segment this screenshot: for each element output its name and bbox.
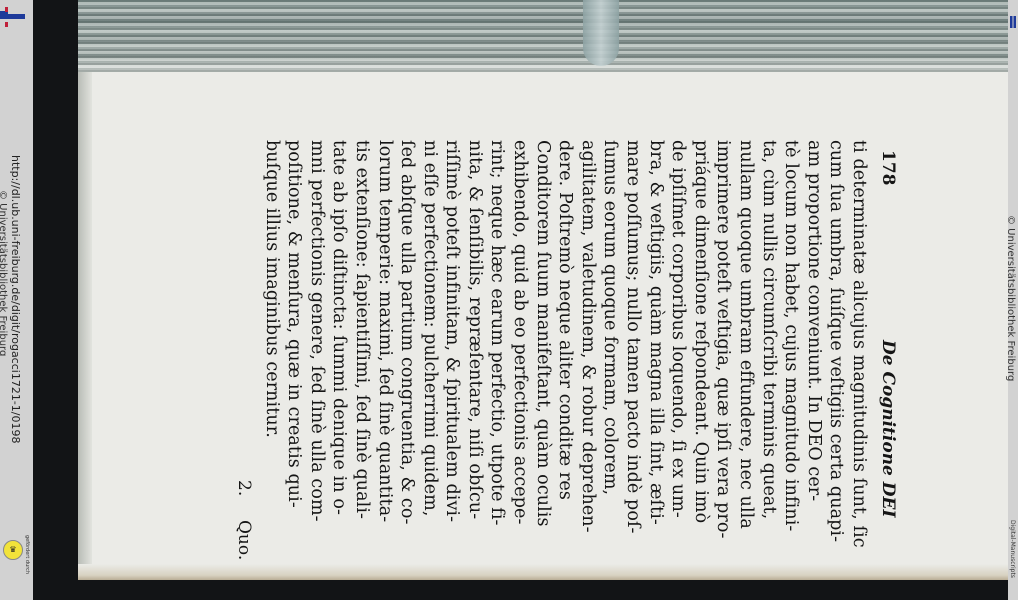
text-line: rint; neque hæc earum perfectio, utpote … bbox=[486, 140, 509, 580]
dfg-logo-icon: ♛ bbox=[3, 540, 23, 560]
right-label: Digital-Manuscripts bbox=[1009, 520, 1016, 578]
copyright-notice: © Universitätsbibliothek Freiburg bbox=[0, 190, 8, 356]
document-url[interactable]: http://dl.ub.uni-freiburg.de/digit/rogac… bbox=[9, 155, 22, 444]
right-copyright: © Universitätsbibliothek Freiburg bbox=[1005, 215, 1016, 381]
text-line: ta, cùm nullis circumſcribi terminis que… bbox=[757, 140, 780, 580]
text-line: am proportione conveniunt. In DEO cer- bbox=[802, 140, 825, 580]
text-line: imprimere poteſt veſtigia, quæ ipſi vera… bbox=[712, 140, 735, 580]
library-mark-icon bbox=[1010, 16, 1016, 28]
text-line: priáque dimenſione reſpondeant. Quin imò bbox=[689, 140, 712, 580]
text-line: buſque illius imaginibus cernitur. bbox=[260, 140, 283, 580]
library-logo-icon bbox=[0, 0, 33, 40]
text-line: tate ab ipſo diſtincta: ſummi denique in… bbox=[328, 140, 351, 580]
text-line: tis extenſione: ſapientiſſimi, ſed ſinè … bbox=[350, 140, 373, 580]
funding-label: gefördert durch bbox=[24, 535, 30, 574]
page-footer: 2. Quo. bbox=[230, 140, 254, 580]
text-line: cum ſua umbra, ſuíſque veſtigiis certa q… bbox=[825, 140, 848, 580]
text-line: lorum temperie: maximi, ſed ſinè quantit… bbox=[373, 140, 396, 580]
text-line: Conditorem ſuum manifeſtant, quàm oculis bbox=[531, 140, 554, 580]
text-line: mni perfectionis genere, ſed ſinè ulla c… bbox=[305, 140, 328, 580]
page-number: 178 bbox=[878, 150, 898, 186]
text-line: nita, & ſenſibilis, repræſentare, niſi o… bbox=[463, 140, 486, 580]
text-line: ti determinatæ alicujus magnitudinis ſun… bbox=[847, 140, 870, 580]
text-line: exhibendo, quid ab eo perfectionis accep… bbox=[509, 140, 532, 580]
text-line: dere. Poſtremò neque aliter conditæ res bbox=[554, 140, 577, 580]
page-header: 178 De Cognitione DEI bbox=[870, 140, 900, 580]
left-sidebar: http://dl.ub.uni-freiburg.de/digit/rogac… bbox=[0, 0, 33, 600]
section-number: 2. bbox=[234, 480, 254, 496]
catchword: Quo. bbox=[234, 520, 254, 560]
text-line: ſed abſque ulla partium congruentia, & c… bbox=[396, 140, 419, 580]
bookmark-ribbon bbox=[583, 0, 619, 66]
running-head: De Cognitione DEI bbox=[878, 340, 898, 517]
text-line: de ipſiſmet corporibus loquendo, ſi ex u… bbox=[667, 140, 690, 580]
text-line: tè locum non habet, cujus magnitudo infi… bbox=[780, 140, 803, 580]
text-line: bra, & veſtigiis, quàm magna illa ſint, … bbox=[644, 140, 667, 580]
text-line: riſſimè poteſt infinitam, & ſpiritualem … bbox=[441, 140, 464, 580]
text-line: poſitione, & menſura, quæ in creatis qui… bbox=[283, 140, 306, 580]
text-line: mare poſſumus; nullo tamen pacto indè po… bbox=[621, 140, 644, 580]
page-text-block: 178 De Cognitione DEI ti determinatæ ali… bbox=[160, 140, 900, 580]
text-line: ſumus eorum quoque formam, colorem, bbox=[599, 140, 622, 580]
page-edges bbox=[78, 0, 1013, 72]
text-line: ni eſſe perfectionem: pulcherrimi quidem… bbox=[418, 140, 441, 580]
text-line: agilitatem, valetudinem, & robur deprehe… bbox=[576, 140, 599, 580]
text-line: nullam quoque umbram effundere, nec ulla bbox=[734, 140, 757, 580]
body-text: ti determinatæ alicujus magnitudinis ſun… bbox=[260, 140, 870, 580]
page-left-edge bbox=[78, 72, 92, 580]
